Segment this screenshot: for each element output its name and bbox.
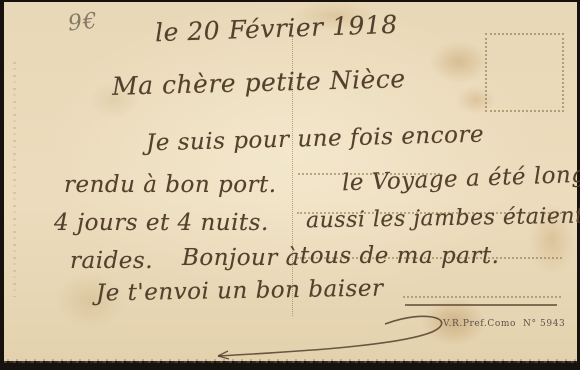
address-line-4: [403, 296, 561, 298]
message-line-4-right: tous de ma part.: [300, 243, 499, 269]
message-line-2-left: rendu à bon port.: [64, 172, 277, 198]
handwritten-salutation: Ma chère petite Nièce: [112, 64, 406, 101]
postcard-scan: { "price_mark": "9€", "message": { "date…: [0, 0, 580, 370]
address-line-5: [405, 304, 557, 306]
postcard-content: 9€ le 20 Février 1918 Ma chère petite Ni…: [0, 0, 580, 370]
pencil-price-mark: 9€: [67, 9, 99, 37]
message-line-3-left: 4 jours et 4 nuits.: [54, 210, 269, 236]
message-line-5: Je t'envoi un bon baiser: [96, 275, 384, 306]
card-number: N° 5943: [523, 319, 565, 329]
message-line-1: Je suis pour une fois encore: [146, 122, 485, 157]
message-line-4-left: raides.: [70, 248, 153, 274]
message-line-3-right: aussi les jambes étaient: [306, 204, 580, 234]
message-line-4-mid: Bonjour à: [182, 245, 300, 271]
publisher-imprint: V.R.Pref.Como: [443, 319, 516, 329]
stamp-box: [485, 33, 564, 112]
handwritten-date: le 20 Février 1918: [155, 10, 399, 47]
message-line-2-right: le Voyage a été long: [342, 162, 580, 197]
